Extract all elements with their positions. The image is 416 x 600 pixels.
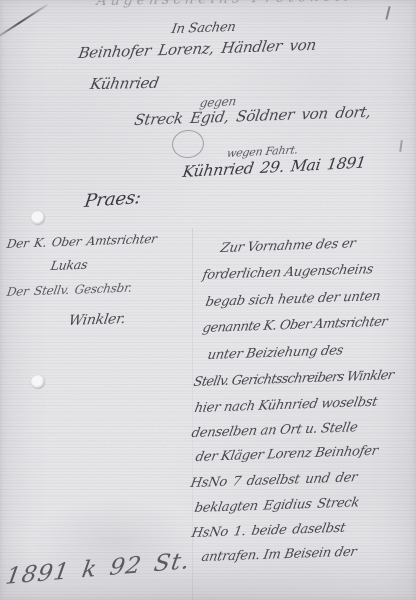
body-line-3: begab sich heute der unten: [204, 289, 381, 310]
body-line-2: forderlichen Augenscheins: [201, 262, 374, 283]
clerk-line: Der Stellv. Geschsbr.: [6, 281, 133, 299]
pencil-scratch-mark: [0, 3, 49, 38]
body-line-4: genannte K. Ober Amtsrichter: [201, 315, 388, 336]
body-line-12: HsNo 1. beide daselbst: [190, 521, 346, 541]
body-line-5: unter Beiziehung des: [206, 343, 344, 363]
body-line-1: Zur Vornahme des er: [219, 236, 356, 256]
pencil-oval-flourish: [170, 128, 206, 160]
plaintiff-line: Beinhofer Lorenz, Händler von: [77, 36, 317, 62]
clerk-name: Winkler.: [67, 311, 126, 329]
plaintiff-place-line: Kühnried: [89, 74, 160, 93]
body-line-13: antrafen. Im Beisein der: [200, 545, 357, 565]
stray-ink-stroke-right: [399, 140, 403, 152]
dateline: Kühnried 29. Mai 1891: [181, 154, 366, 181]
judge-line: Der K. Ober Amtsrichter: [6, 232, 158, 251]
registry-file-number: 1891 k 92 St.: [4, 548, 192, 590]
cutoff-title-line: Augenscheins Protokoll: [95, 0, 354, 9]
body-line-9: der Kläger Lorenz Beinhofer: [194, 444, 379, 465]
punch-hole-top: [31, 211, 45, 225]
punch-hole-bottom: [31, 375, 45, 389]
body-line-11: beklagten Egidius Streck: [193, 495, 360, 516]
case-intro-line: In Sachen: [170, 20, 236, 37]
praesens-label: Praes:: [83, 187, 142, 212]
body-line-7: hier nach Kühnried woselbst: [193, 395, 378, 416]
body-line-10: HsNo 7 daselbst und der: [189, 470, 358, 491]
body-line-8: denselben an Ort u. Stelle: [190, 420, 358, 441]
body-line-6: Stellv. Gerichtsschreibers Winkler: [192, 368, 394, 390]
defendant-line: Streck Egid, Söldner von dort,: [133, 103, 372, 129]
scanned-document-page: Augenscheins Protokoll In Sachen Beinhof…: [0, 0, 416, 600]
judge-name: Lukas: [50, 257, 89, 273]
stray-ink-stroke-top: [385, 6, 390, 20]
